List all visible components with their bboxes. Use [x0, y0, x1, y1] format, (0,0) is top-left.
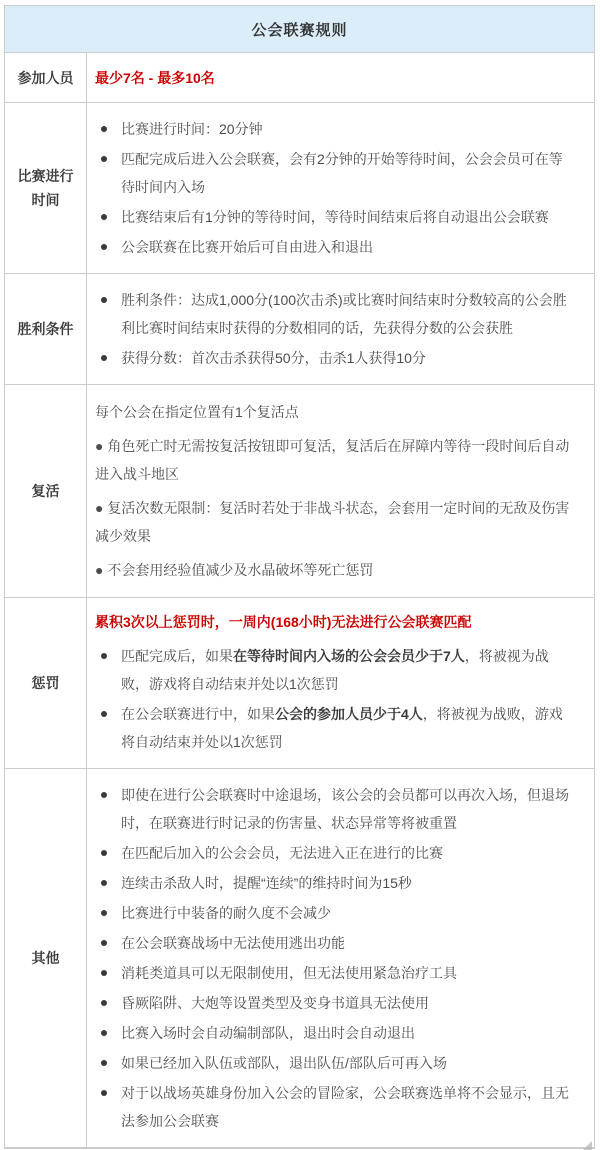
bullet-icon [101, 970, 107, 976]
bullet-icon [101, 792, 107, 798]
match-time-list: 比赛进行时间：20分钟 匹配完成后进入公会联赛，会有2分钟的开始等待时间，公会会… [95, 113, 576, 263]
list-item: 比赛结束后有1分钟的等待时间，等待时间结束后将自动退出公会联赛 [95, 203, 576, 231]
bullet-icon [101, 940, 107, 946]
list-item: 如果已经加入队伍或部队，退出队伍/部队后可再入场 [95, 1049, 576, 1077]
row-label-other: 其他 [5, 769, 87, 1147]
row-label-match-time: 比赛进行时间 [5, 103, 87, 273]
table-row-other: 其他 即使在进行公会联赛时中途退场，该公会的会员都可以再次入场，但退场时，在联赛… [5, 769, 594, 1148]
list-item: 匹配完成后，如果在等待时间内入场的公会会员少于7人，将被视为战败，游戏将自动结束… [95, 642, 576, 698]
rule-text: 胜利条件：达成1,000分(100次击杀)或比赛时间结束时分数较高的公会胜利比赛… [121, 292, 567, 336]
row-label-victory: 胜利条件 [5, 274, 87, 384]
row-label-revival: 复活 [5, 385, 87, 597]
list-item: 消耗类道具可以无限制使用，但无法使用紧急治疗工具 [95, 959, 576, 987]
list-item: 匹配完成后进入公会联赛，会有2分钟的开始等待时间，公会会员可在等待时间内入场 [95, 145, 576, 201]
table-header: 公会联赛规则 [5, 6, 594, 53]
row-label-participants: 参加人员 [5, 53, 87, 102]
row-content-victory: 胜利条件：达成1,000分(100次击杀)或比赛时间结束时分数较高的公会胜利比赛… [87, 274, 594, 384]
list-item: 连续击杀敌人时，提醒“连续”的维持时间为15秒 [95, 869, 576, 897]
list-item: 即使在进行公会联赛时中途退场，该公会的会员都可以再次入场，但退场时，在联赛进行时… [95, 781, 576, 837]
bullet-icon [101, 214, 107, 220]
list-item: 昏厥陷阱、大炮等设置类型及变身书道具无法使用 [95, 989, 576, 1017]
rule-text: 即使在进行公会联赛时中途退场，该公会的会员都可以再次入场，但退场时，在联赛进行时… [121, 787, 569, 831]
rule-text: 如果已经加入队伍或部队，退出队伍/部队后可再入场 [121, 1055, 447, 1071]
list-item: 公会联赛在比赛开始后可自由进入和退出 [95, 233, 576, 261]
rule-text: 在公会联赛战场中无法使用逃出功能 [121, 935, 345, 951]
list-item: 在公会联赛战场中无法使用逃出功能 [95, 929, 576, 957]
list-item: 获得分数：首次击杀获得50分，击杀1人获得10分 [95, 344, 576, 372]
bullet-icon [101, 711, 107, 717]
row-content-other: 即使在进行公会联赛时中途退场，该公会的会员都可以再次入场，但退场时，在联赛进行时… [87, 769, 594, 1147]
rule-text: 对于以战场英雄身份加入公会的冒险家，公会联赛选单将不会显示，且无法参加公会联赛 [121, 1085, 569, 1129]
table-row-revival: 复活 每个公会在指定位置有1个复活点 ● 角色死亡时无需按复活按钮即可复活，复活… [5, 385, 594, 598]
rule-text: 获得分数：首次击杀获得50分，击杀1人获得10分 [121, 350, 426, 366]
list-item: 在公会联赛进行中，如果公会的参加人员少于4人，将被视为战败，游戏将自动结束并处以… [95, 700, 576, 756]
rule-text: 匹配完成后进入公会联赛，会有2分钟的开始等待时间，公会会员可在等待时间内入场 [121, 151, 563, 195]
bullet-icon [101, 126, 107, 132]
rule-text: 在匹配后加入的公会会员，无法进入正在进行的比赛 [121, 845, 443, 861]
bullet-icon [101, 355, 107, 361]
bullet-icon [101, 156, 107, 162]
rule-text: 连续击杀敌人时，提醒“连续”的维持时间为15秒 [121, 875, 412, 891]
rule-text: 比赛进行中装备的耐久度不会减少 [121, 905, 331, 921]
table-row-penalty: 惩罚 累积3次以上惩罚时，一周内(168小时)无法进行公会联赛匹配 匹配完成后，… [5, 598, 594, 769]
bullet-icon [101, 297, 107, 303]
list-item: 对于以战场英雄身份加入公会的冒险家，公会联赛选单将不会显示，且无法参加公会联赛 [95, 1079, 576, 1135]
list-item: 在匹配后加入的公会会员，无法进入正在进行的比赛 [95, 839, 576, 867]
bullet-icon [101, 244, 107, 250]
participants-range-text: 最少7名 - 最多10名 [95, 64, 576, 92]
resize-handle-icon [583, 1141, 592, 1150]
rule-paragraph: 每个公会在指定位置有1个复活点 [95, 398, 576, 426]
rule-text: 在公会联赛进行中，如果公会的参加人员少于4人，将被视为战败，游戏将自动结束并处以… [121, 706, 563, 750]
rule-text: 比赛进行时间：20分钟 [121, 121, 263, 137]
bullet-icon [101, 880, 107, 886]
rule-text: 比赛结束后有1分钟的等待时间，等待时间结束后将自动退出公会联赛 [121, 209, 549, 225]
rule-paragraph: ● 复活次数无限制：复活时若处于非战斗状态，会套用一定时间的无敌及伤害减少效果 [95, 494, 576, 550]
bullet-icon [101, 910, 107, 916]
bullet-icon [101, 653, 107, 659]
list-item: 比赛入场时会自动编制部队，退出时会自动退出 [95, 1019, 576, 1047]
bullet-icon [101, 850, 107, 856]
other-rules-list: 即使在进行公会联赛时中途退场，该公会的会员都可以再次入场，但退场时，在联赛进行时… [95, 779, 576, 1137]
list-item: 比赛进行时间：20分钟 [95, 115, 576, 143]
rule-paragraph: ● 不会套用经验值减少及水晶破坏等死亡惩罚 [95, 556, 576, 584]
table-row-participants: 参加人员 最少7名 - 最多10名 [5, 53, 594, 103]
list-item: 比赛进行中装备的耐久度不会减少 [95, 899, 576, 927]
row-content-match-time: 比赛进行时间：20分钟 匹配完成后进入公会联赛，会有2分钟的开始等待时间，公会会… [87, 103, 594, 273]
bullet-icon [101, 1090, 107, 1096]
row-content-participants: 最少7名 - 最多10名 [87, 53, 594, 102]
table-row-match-time: 比赛进行时间 比赛进行时间：20分钟 匹配完成后进入公会联赛，会有2分钟的开始等… [5, 103, 594, 274]
rule-paragraph: ● 角色死亡时无需按复活按钮即可复活，复活后在屏障内等待一段时间后自动进入战斗地… [95, 432, 576, 488]
row-label-penalty: 惩罚 [5, 598, 87, 768]
bullet-icon [101, 1060, 107, 1066]
bullet-icon [101, 1030, 107, 1036]
rule-text: 比赛入场时会自动编制部队，退出时会自动退出 [121, 1025, 415, 1041]
bullet-icon [101, 1000, 107, 1006]
penalty-list: 匹配完成后，如果在等待时间内入场的公会会员少于7人，将被视为战败，游戏将自动结束… [95, 640, 576, 758]
rule-text: 匹配完成后，如果在等待时间内入场的公会会员少于7人，将被视为战败，游戏将自动结束… [121, 648, 549, 692]
page-title: 公会联赛规则 [251, 19, 347, 40]
table-row-victory: 胜利条件 胜利条件：达成1,000分(100次击杀)或比赛时间结束时分数较高的公… [5, 274, 594, 385]
guild-league-rules-table: 公会联赛规则 参加人员 最少7名 - 最多10名 比赛进行时间 比赛进行时间：2… [4, 5, 595, 1149]
rule-text: 昏厥陷阱、大炮等设置类型及变身书道具无法使用 [121, 995, 429, 1011]
rule-text: 公会联赛在比赛开始后可自由进入和退出 [121, 239, 373, 255]
list-item: 胜利条件：达成1,000分(100次击杀)或比赛时间结束时分数较高的公会胜利比赛… [95, 286, 576, 342]
victory-list: 胜利条件：达成1,000分(100次击杀)或比赛时间结束时分数较高的公会胜利比赛… [95, 284, 576, 374]
penalty-warning-text: 累积3次以上惩罚时，一周内(168小时)无法进行公会联赛匹配 [95, 608, 576, 636]
rule-text: 消耗类道具可以无限制使用，但无法使用紧急治疗工具 [121, 965, 457, 981]
row-content-revival: 每个公会在指定位置有1个复活点 ● 角色死亡时无需按复活按钮即可复活，复活后在屏… [87, 385, 594, 597]
row-content-penalty: 累积3次以上惩罚时，一周内(168小时)无法进行公会联赛匹配 匹配完成后，如果在… [87, 598, 594, 768]
